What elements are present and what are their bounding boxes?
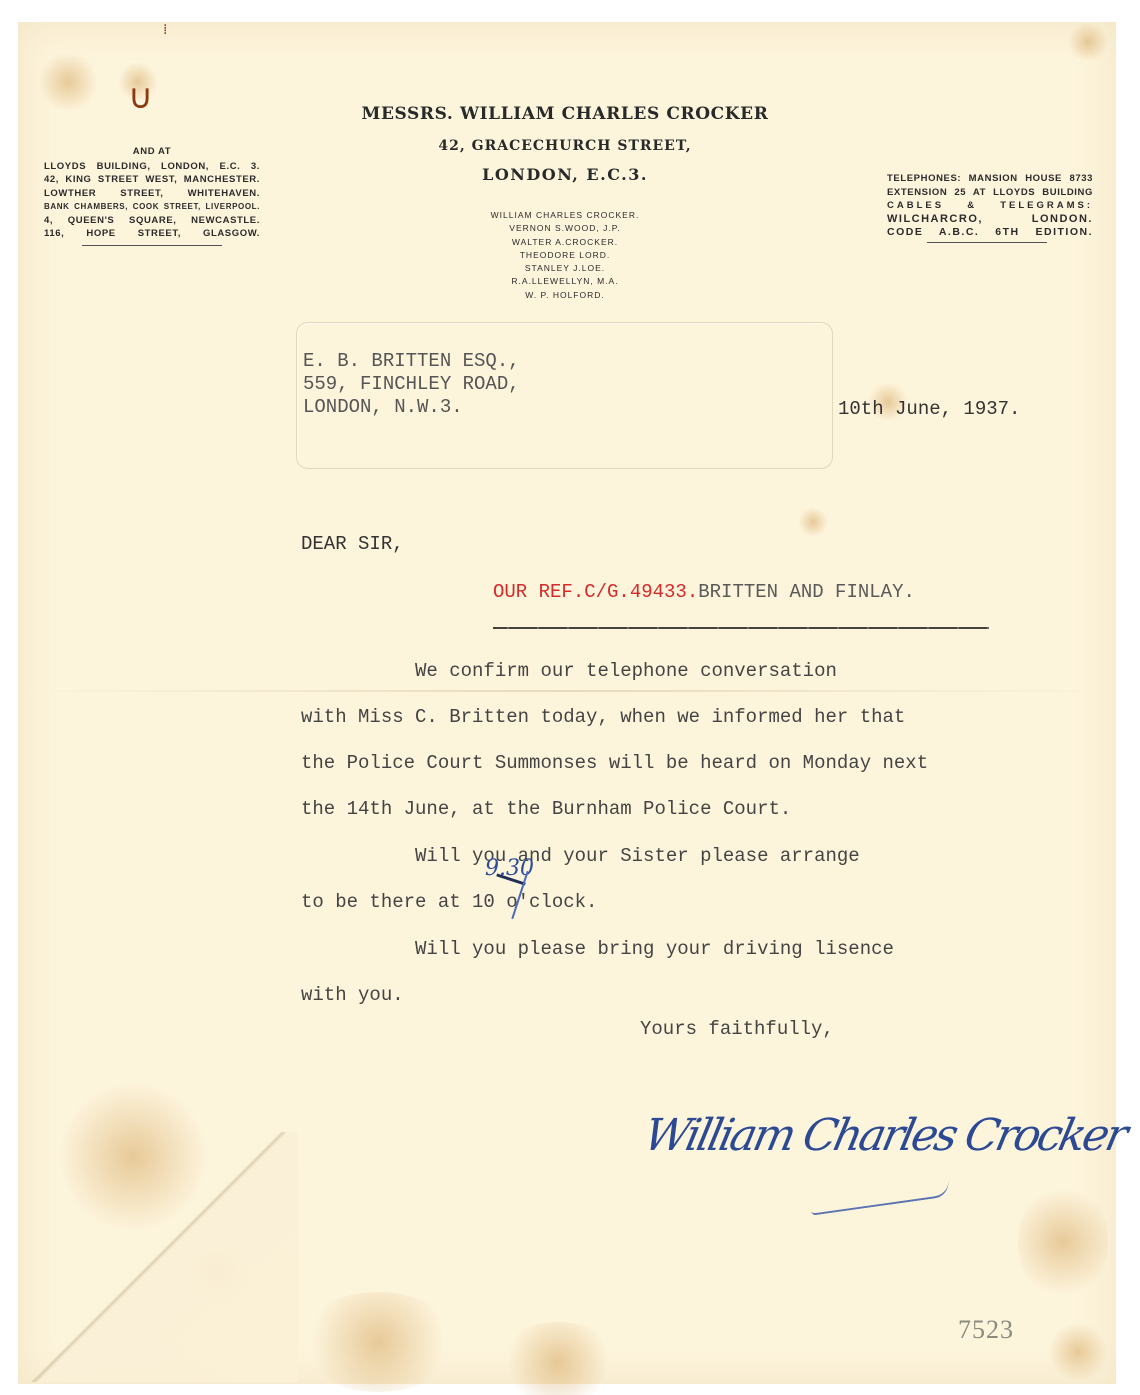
text-line: with Miss C. Britten today, when we info… xyxy=(301,694,928,740)
branch-address: LOWTHER STREET, WHITEHAVEN. xyxy=(44,187,260,201)
recipient-line: 559, FINCHLEY ROAD, xyxy=(303,373,520,396)
firm-address-street: 42, GRACECHURCH STREET, xyxy=(300,138,830,154)
branch-offices: AND AT LLOYDS BUILDING, LONDON, E.C. 3. … xyxy=(44,145,260,246)
recipient-line: LONDON, N.W.3. xyxy=(303,396,520,419)
partner-name: STANLEY J.LOE. xyxy=(300,262,830,275)
branch-address: 116, HOPE STREET, GLASGOW. xyxy=(44,227,260,241)
telegram-address: WILCHARCRO, LONDON. xyxy=(887,213,1093,227)
text-line: to be there at 10 o'clock. xyxy=(301,879,860,925)
ink-mark: ∪ xyxy=(128,77,153,117)
ink-mark: ⁞ xyxy=(163,22,167,38)
partners-list: WILLIAM CHARLES CROCKER. VERNON S.WOOD, … xyxy=(300,209,830,302)
partner-name: R.A.LLEWELLYN, M.A. xyxy=(300,275,830,288)
signature: William Charles Crocker xyxy=(640,1110,1130,1161)
paragraph-2: Will you and your Sister please arranget… xyxy=(301,833,860,925)
cables-label: CABLES & TELEGRAMS: xyxy=(887,199,1093,213)
reference-subject: BRITTEN AND FINLAY. xyxy=(698,581,915,603)
reference-number: OUR REF.C/G.49433. xyxy=(493,581,698,603)
text-line: with you. xyxy=(301,972,894,1018)
catalog-number: 7523 xyxy=(958,1315,1014,1345)
divider xyxy=(82,245,222,246)
reference-line: OUR REF.C/G.49433.BRITTEN AND FINLAY. xyxy=(493,581,915,603)
salutation: DEAR SIR, xyxy=(301,533,404,555)
partner-name: W. P. HOLFORD. xyxy=(300,289,830,302)
letter-date: 10th June, 1937. xyxy=(838,398,1020,420)
text-line: Will you and your Sister please arrange xyxy=(301,833,860,879)
text-line: the 14th June, at the Burnham Police Cou… xyxy=(301,786,928,832)
recipient-line: E. B. BRITTEN ESQ., xyxy=(303,350,520,373)
contact-info: TELEPHONES: MANSION HOUSE 8733 EXTENSION… xyxy=(887,172,1093,243)
reference-underline xyxy=(493,627,989,629)
paragraph-1: We confirm our telephone conversationwit… xyxy=(301,648,928,832)
divider xyxy=(927,242,1047,243)
firm-address-city: LONDON, E.C.3. xyxy=(300,165,830,184)
recipient-address: E. B. BRITTEN ESQ.,559, FINCHLEY ROAD,LO… xyxy=(303,350,520,419)
partner-name: VERNON S.WOOD, J.P. xyxy=(300,222,830,235)
code-edition: CODE A.B.C. 6TH EDITION. xyxy=(887,226,1093,240)
text-line: We confirm our telephone conversation xyxy=(301,648,928,694)
branches-heading: AND AT xyxy=(44,145,260,159)
folded-corner xyxy=(18,1132,298,1382)
paragraph-3: Will you please bring your driving lisen… xyxy=(301,926,894,1018)
branch-address: 42, KING STREET WEST, MANCHESTER. xyxy=(44,173,260,187)
branch-address: 4, QUEEN'S SQUARE, NEWCASTLE. xyxy=(44,214,260,228)
text-line: the Police Court Summonses will be heard… xyxy=(301,740,928,786)
telephone: TELEPHONES: MANSION HOUSE 8733 xyxy=(887,172,1093,186)
partner-name: WILLIAM CHARLES CROCKER. xyxy=(300,209,830,222)
firm-name: MESSRS. WILLIAM CHARLES CROCKER xyxy=(300,104,830,124)
partner-name: THEODORE LORD. xyxy=(300,249,830,262)
closing: Yours faithfully, xyxy=(640,1018,834,1040)
partner-name: WALTER A.CROCKER. xyxy=(300,236,830,249)
branch-address: BANK CHAMBERS, COOK STREET, LIVERPOOL. xyxy=(44,200,260,214)
branch-address: LLOYDS BUILDING, LONDON, E.C. 3. xyxy=(44,160,260,174)
text-line: Will you please bring your driving lisen… xyxy=(301,926,894,972)
extension: EXTENSION 25 AT LLOYDS BUILDING xyxy=(887,186,1093,200)
